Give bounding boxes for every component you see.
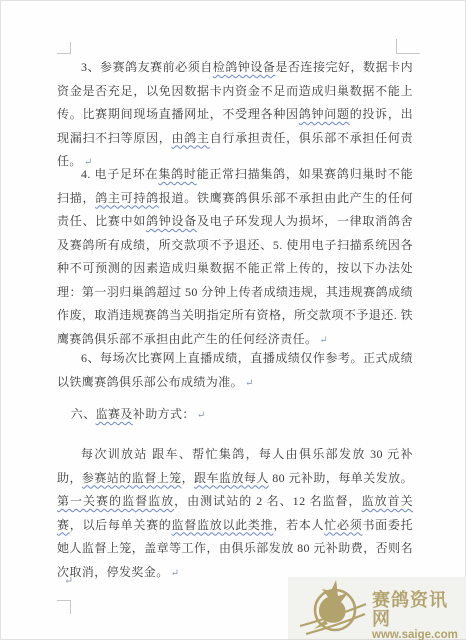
text-boundary-mark-bottom-left xyxy=(57,600,71,614)
text-segment: 3、参赛鸽友赛前必须自 xyxy=(81,60,213,74)
text-segment: 80 元补助，每单关发放。 xyxy=(269,471,413,485)
spellcheck-underlined-segment: 监赛及 xyxy=(96,407,133,421)
text-segment: 6、每场次比赛网上直播成绩，直播成绩仅作参考。正式成绩以铁鹰赛鸽俱乐部公布成绩为… xyxy=(57,351,413,389)
paragraph-end-mark: ↵ xyxy=(319,335,327,346)
text-segment: 六、 xyxy=(71,407,96,421)
text-segment: 4. 电子足环在 xyxy=(81,167,158,181)
spellcheck-underlined-segment: 鸽钟设备 xyxy=(146,214,197,228)
spellcheck-underlined-segment: 由鸽主 xyxy=(172,131,210,145)
text-segment: 补助方式： xyxy=(133,407,195,421)
text-segment: ， xyxy=(182,471,194,485)
pigeon-logo-icon xyxy=(292,577,372,639)
paragraph-end-mark: ↵ xyxy=(171,568,179,579)
paragraph-end-mark: ↵ xyxy=(197,410,205,421)
paragraph-item-6: 6、每场次比赛网上直播成绩，直播成绩仅作参考。正式成绩以铁鹰赛鸽俱乐部公布成绩为… xyxy=(57,347,413,395)
paragraph-subsidy: 每次训放站 跟车、帮忙集鸽，每人由俱乐部发放 30 元补助，参赛站的监督上笼，跟… xyxy=(57,443,413,585)
section-heading-6: 六、监赛及补助方式：↵ xyxy=(57,403,413,428)
paragraph-item-4-5: 4. 电子足环在集鸽时能正常扫描集鸽，如果赛鸽归巢时不能扫描，鸽主可持鸽报道。铁… xyxy=(57,163,413,352)
spellcheck-underlined-segment: 检鸽钟设备 xyxy=(213,60,276,74)
spellcheck-underlined-segment: 鸽主可持鸽 xyxy=(95,191,159,205)
paragraph-end-mark: ↵ xyxy=(245,378,253,389)
spellcheck-underlined-segment: 监督监放以此类推 xyxy=(172,518,274,532)
text-boundary-mark-top-left xyxy=(57,42,71,54)
spellcheck-underlined-segment: 参赛站的监督上笼 xyxy=(82,471,182,485)
text-segment: ，由测试站的 2 名、12 名监督， xyxy=(174,494,361,508)
spellcheck-underlined-segment: 第一关赛的监督监放 xyxy=(57,494,174,508)
spellcheck-underlined-segment: 集鸽时 xyxy=(158,167,196,181)
spellcheck-underlined-segment: 跟车监放每人 xyxy=(194,471,269,485)
empty-paragraph-mark: ↵ xyxy=(64,574,73,587)
text-segment: 及电子环发现人为损坏，一律取消鸽舍及赛鸽所有成绩，所交款项不予退还、5. 使用电… xyxy=(57,214,413,346)
watermark-site-name: 赛鸽资讯网 xyxy=(372,591,466,629)
document-page: 3、参赛鸽友赛前必须自检鸽钟设备是否连接完好，数据卡内资金是否充足，以免因数据卡… xyxy=(0,0,466,640)
watermark-site-url: www.saige.com xyxy=(372,629,466,640)
text-segment: ，若本人 xyxy=(273,518,324,532)
text-boundary-mark-top-right xyxy=(396,39,420,54)
saige-watermark: 赛鸽资讯网 www.saige.com xyxy=(288,577,466,640)
spellcheck-underlined-segment: 忙必须 xyxy=(324,518,362,532)
text-segment: ，以后每单关赛的 xyxy=(70,518,172,532)
paragraph-item-3: 3、参赛鸽友赛前必须自检鸽钟设备是否连接完好，数据卡内资金是否充足，以免因数据卡… xyxy=(57,56,413,175)
spellcheck-underlined-segment: 鸽钟问题 xyxy=(299,107,350,121)
